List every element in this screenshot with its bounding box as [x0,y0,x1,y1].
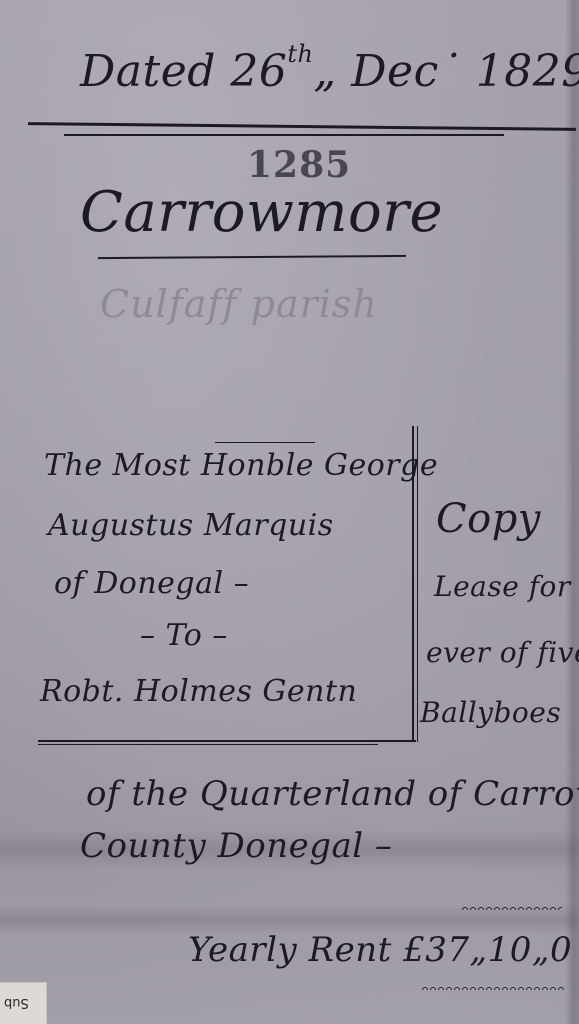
rent-flourish-top [462,904,562,910]
pencil-annotation: Culfaff parish [100,282,378,326]
party-line: The Most Honble George [44,448,438,483]
date-text: Dated 26 [80,46,287,97]
description-line: County Donegal – [80,826,392,866]
date-heading: Dated 26th„ Dec˙ 1829 [80,40,579,97]
rent-flourish-bottom [422,984,564,990]
townland-title: Carrowmore [80,180,443,245]
party-line: Augustus Marquis [48,508,334,543]
copy-label: Copy [436,496,541,542]
abbrev-overline [215,442,315,443]
description-line: of the Quarterland of Carrowmore [86,774,579,814]
side-note-line: ever of five [426,636,579,669]
parties-rule-bottom [38,740,416,742]
rent-amount: £37„10„0 [403,930,572,970]
rent-line: Yearly Rent £37„10„0 [188,930,572,970]
townland-underline [98,255,406,259]
party-connector: – To – [140,618,228,653]
side-note-line: Lease for [434,570,571,603]
parties-rule-bottom-2 [38,744,378,745]
archive-sticker-text: Sub [4,995,29,1010]
date-month-year: „ Dec˙ 1829 [313,46,579,97]
party-line: Robt. Holmes Gentn [40,674,357,709]
column-divider [412,426,414,742]
archive-sticker: Sub [0,982,47,1024]
side-note-line: Ballyboes [420,696,561,729]
header-rule-top [28,122,576,131]
rent-label: Yearly Rent [188,930,392,970]
date-ordinal: th [287,40,313,68]
column-divider-2 [417,426,418,742]
paper-edge [565,0,579,1024]
document-page: Dated 26th„ Dec˙ 1829 1285 Carrowmore Cu… [0,0,579,1024]
party-line: of Donegal – [54,566,249,601]
header-rule-bottom [64,134,504,136]
